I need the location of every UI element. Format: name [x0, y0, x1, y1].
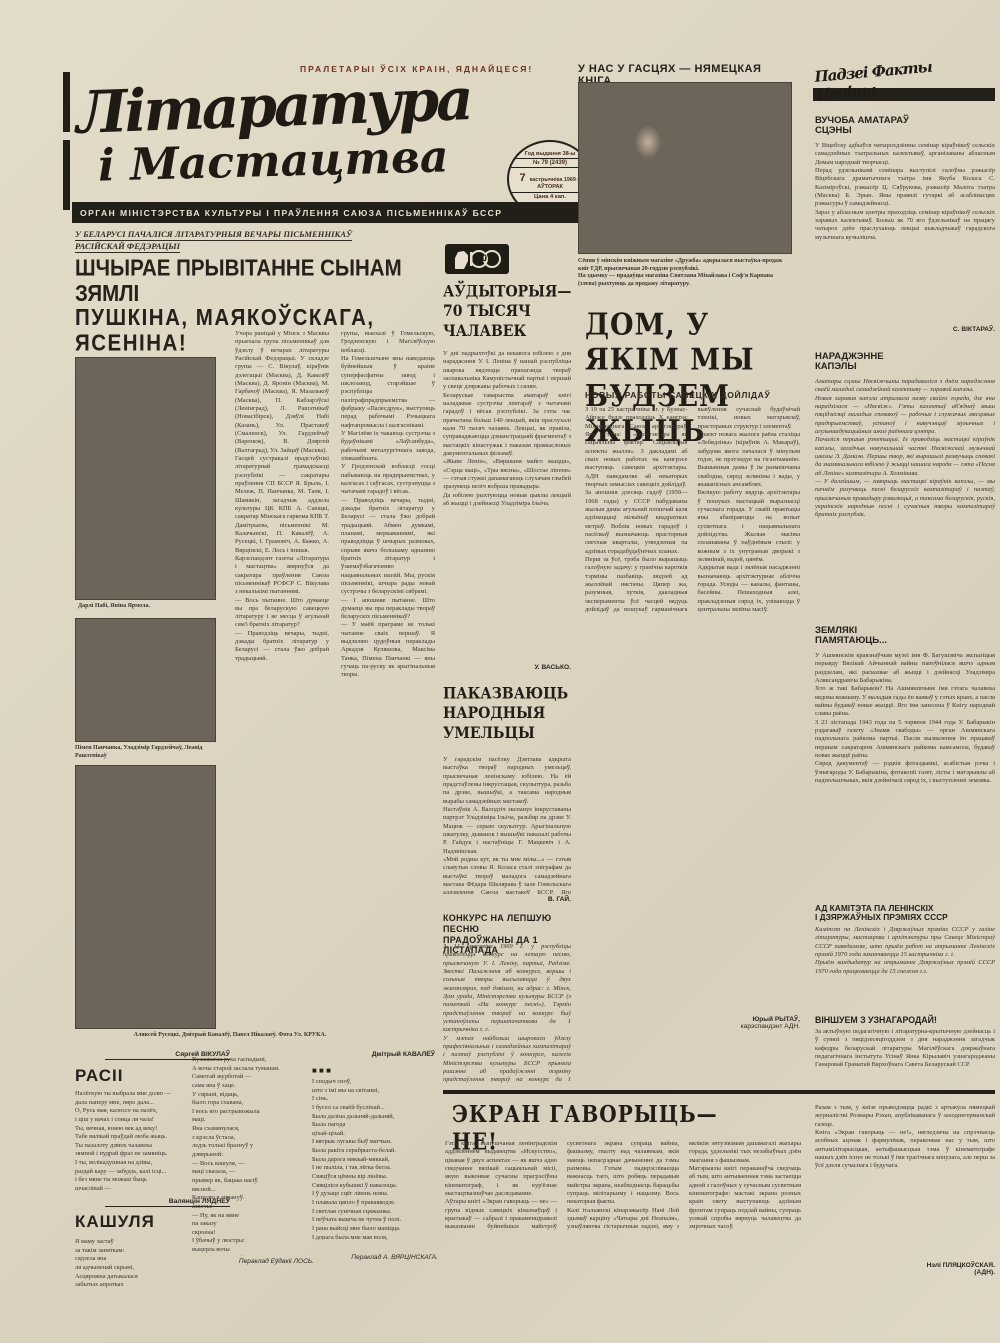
photo-caption-3: Аляксей Русецкі, Дмітрый Кавалёў, Павел …: [75, 1032, 385, 1040]
photo-writers-group: [75, 618, 216, 742]
ekran-byline-agency: (АДН).: [815, 1269, 995, 1276]
umeltsy-body: У гарадскім пасёлку Дзятлава адкрыта выс…: [443, 756, 571, 894]
ekran-byline-name: Нэлі ПЛЯЦКОЎСКАЯ.: [815, 1262, 995, 1269]
kamitet-body: Камітэт па Ленінскіх і Дзяржаўных прэмія…: [815, 926, 995, 1012]
organ-bar: ОРГАН МІНІСТЭРСТВА КУЛЬТУРЫ І ПРАЎЛЕННЯ …: [72, 202, 592, 223]
poem-kashulia-title: КАШУЛЯ: [75, 1212, 205, 1232]
ekran-tail-body: Разам з тым, у кнізе прыводзяцца радкі з…: [815, 1104, 995, 1264]
guests-caption: Сёння ў мінскім кніжным магазіне «Дружба…: [578, 258, 792, 288]
fold-mark: [63, 140, 70, 210]
poem-kavaleu-marker: ■ ■ ■: [312, 1066, 372, 1075]
poem-kavaleu-text: І сподыч сноў, што з імі мы на світанні,…: [312, 1078, 438, 1240]
poem-kavaleu-author: Дмітрый КАВАЛЁЎ: [310, 1051, 435, 1058]
kicker-line2: РАСІЙСКАЙ ФЕДЭРАЦЫІ: [75, 241, 180, 253]
poem-rasii-title: РАСІІ: [75, 1066, 185, 1086]
photo-writers-trio: [75, 765, 216, 1029]
zemliaki-body: У Ашмянскім краязнаўчым музеі імя Ф. Баг…: [815, 652, 995, 897]
poem-kashulia-translator: Пераклад Еўдакіі ЛОСЬ.: [192, 1258, 314, 1265]
umeltsy-title: ПАКАЗВАЮЦЬ НАРОДНЫЯ УМЕЛЬЦЫ: [443, 684, 578, 744]
vuchoba-body: У Віцебску адбыўся чатырохдзённы семінар…: [815, 142, 995, 322]
photo-caption-1: Дарлі Набі, Яніна Ярмола.: [78, 603, 216, 611]
dom-body: З 19 па 25 кастрычніка г.г. у Буэнас-Айр…: [585, 406, 800, 1014]
kicker-line1: У БЕЛАРУСІ ПАЧАЛІСЯ ЛІТАРАТУРНЫЯ ВЕЧАРЫ …: [75, 229, 352, 241]
organ-bar-text: ОРГАН МІНІСТЭРСТВА КУЛЬТУРЫ І ПРАЎЛЕННЯ …: [80, 208, 502, 218]
zemliaki-title: ЗЕМЛЯКІ ПАМЯТАЮЦЬ...: [815, 626, 990, 646]
dom-byline-name: Юрый РЫТАЎ,: [585, 1016, 800, 1023]
kamitet-title: АД КАМІТЭТА ПА ЛЕНІНСКІХ І ДЗЯРЖАЎНЫХ ПР…: [815, 904, 997, 922]
vuchoba-title: ВУЧОБА АМАТАРАЎ СЦЭНЫ: [815, 116, 990, 136]
newspaper-page: ПРАЛЕТАРЫІ ЎСІХ КРАІН, ЯДНАЙЦЕСЯ! Літара…: [0, 0, 1000, 1343]
issue-date-rest: кастрычніка 1969 г.: [530, 177, 581, 183]
konkurs-body: З 14 красавіка 1969 г. у рэспубліцы прав…: [443, 943, 571, 1083]
ekran-body: Гэта кніга, выпушчаная ленінградскім адд…: [445, 1140, 801, 1336]
fold-mark: [63, 72, 70, 132]
audience-title: АЎДЫТОРЫЯ— 70 ТЫСЯЧ ЧАЛАВЕК: [443, 282, 578, 342]
masthead-title-line2: і Мастацтва: [97, 131, 449, 191]
photo-caption-3-names: Аляксей Русецкі, Дмітрый Кавалёў, Павел …: [134, 1032, 277, 1038]
kapela-title: НАРАДЖЭННЕ КАПЭЛЫ: [815, 352, 990, 372]
vuchoba-byline: С. ВІКТАРАЎ.: [815, 326, 995, 333]
photo-writers-pair: [75, 357, 216, 600]
poem-kavaleu-translator: Пераклад А. ВЯРЦІНСКАГА.: [312, 1254, 438, 1261]
masthead-title: Літаратура і Мастацтва: [72, 74, 517, 204]
lenin-100-number: 100: [472, 253, 487, 263]
audience-body: У дні падрыхтоўкі да векавога юбілею з д…: [443, 350, 571, 662]
kapela-body: Аматары сцэны Нясвіжчыны парадаваліся з …: [815, 378, 995, 620]
main-article-col1: Учора раніцай у Мінск з Масквы прыехала …: [235, 330, 329, 1030]
main-article-col2: групы, выехалі ў Гомельскую, Гродзенскую…: [341, 330, 435, 1030]
main-headline-line1: ШЧЫРАЕ ПРЫВІТАННЕ СЫНАМ ЗЯМЛІ: [75, 256, 439, 305]
section-divider: [443, 1090, 995, 1094]
lenin-100-logo: 100: [445, 244, 509, 274]
photo-caption-3-credit: Фота Ул. КРУКА.: [278, 1032, 326, 1038]
dom-subhead: НОВЫЯ РАБОТЫ САВЕЦКІХ ДОЙЛІДАЎ: [585, 390, 800, 400]
dom-byline-role: карэспандэнт АДН.: [585, 1023, 800, 1030]
vinshuem-title: ВІНШУЕМ З УЗНАГАРОДАЙ!: [815, 1016, 997, 1025]
umeltsy-byline: В. ГАЙ.: [443, 896, 571, 903]
photo-caption-2: Пімен Панчанка, Уладзімір Гардзейчаў, Ле…: [75, 745, 227, 760]
issue-day: 7: [519, 172, 525, 184]
poem-kashulia-continuation: Вузлаватая рука гаспадыні, А вочы старой…: [192, 1056, 314, 1256]
audience-byline: У. ВАСЬКО.: [443, 664, 571, 671]
kicker: У БЕЛАРУСІ ПАЧАЛІСЯ ЛІТАРАТУРНЫЯ ВЕЧАРЫ …: [75, 229, 435, 253]
vinshuem-body: За актыўную педагагічную і літаратурна-к…: [815, 1028, 995, 1086]
dom-headline-line1: ДОМ, У ЯКІМ МЫ: [585, 308, 800, 379]
pfn-logo: Падзеі Факты Навіны: [813, 58, 995, 106]
photo-bookshop: [578, 82, 792, 254]
